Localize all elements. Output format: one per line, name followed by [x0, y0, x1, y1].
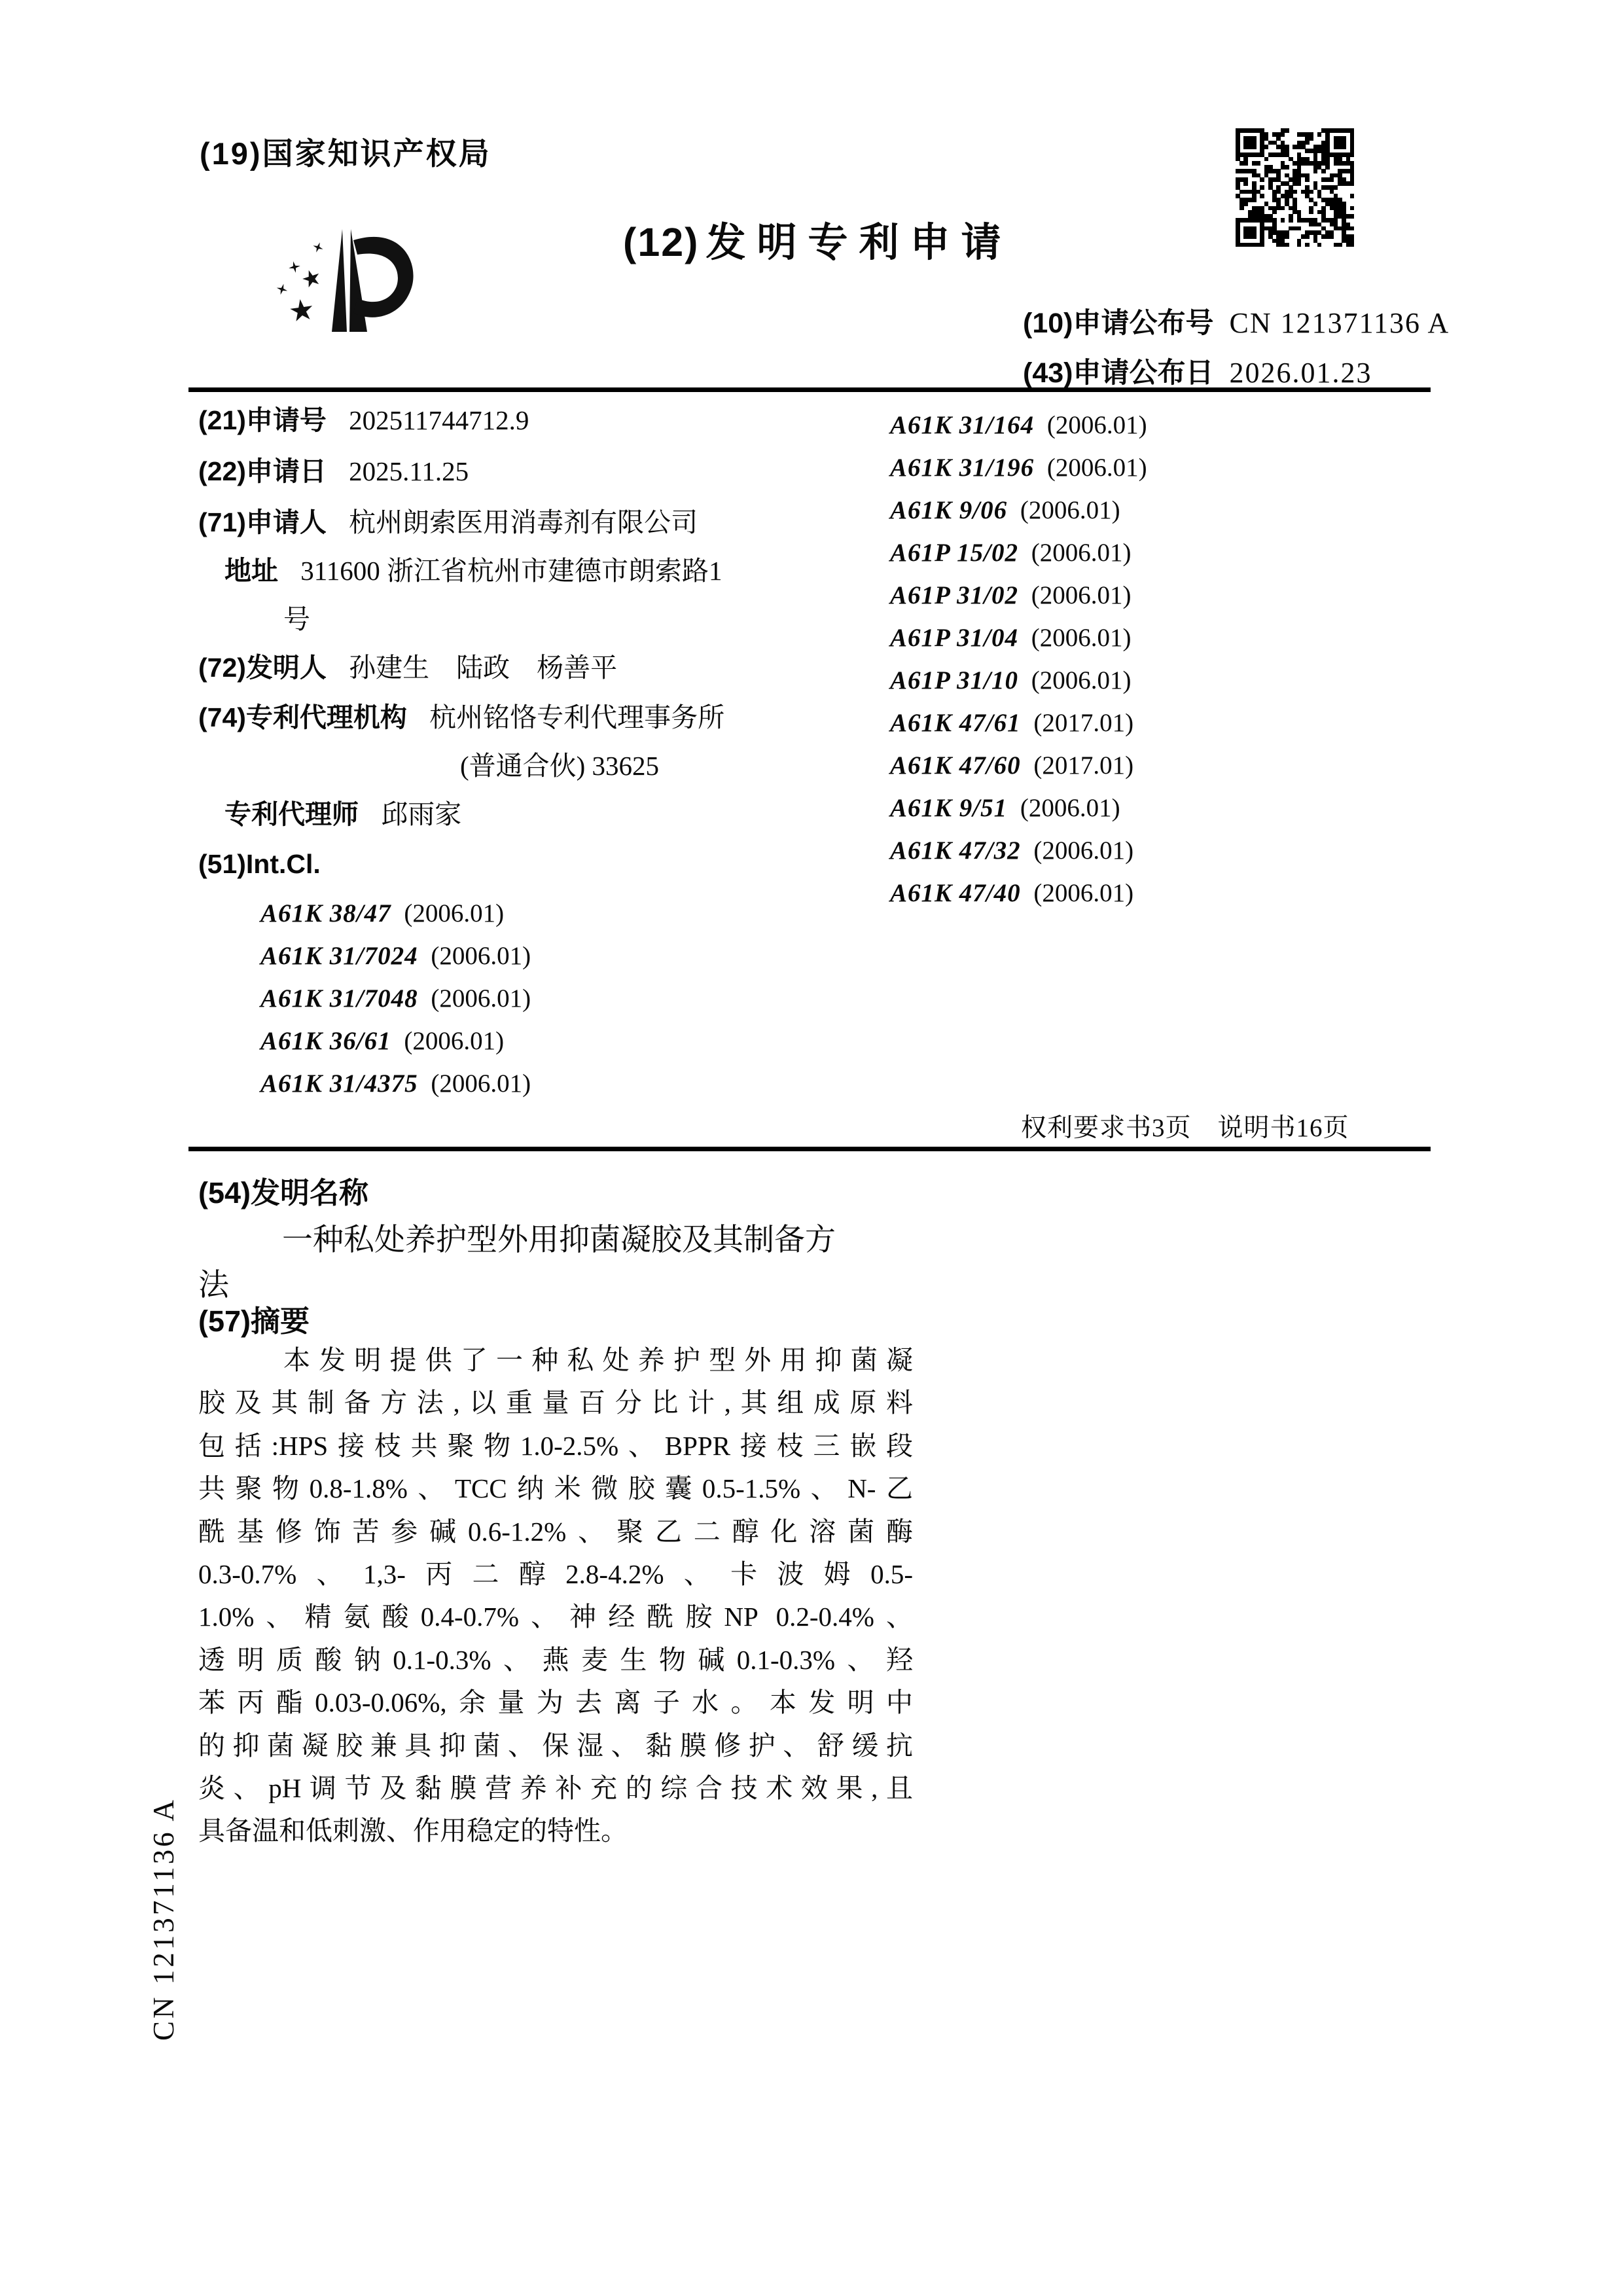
publication-date-value: 2026.01.23 [1229, 357, 1372, 389]
cnipa-logo [275, 224, 422, 340]
ipc-version: (2006.01) [1047, 454, 1147, 482]
agency-line2: (普通合伙) 33625 [460, 751, 659, 781]
agency-row: (74)专利代理机构 杭州铭恪专利代理事务所 [198, 699, 899, 736]
address-line1: 311600 浙江省杭州市建德市朗索路1 [300, 556, 722, 586]
ipc-entry: A61K 47/61 (2017.01) [890, 705, 1440, 747]
invention-title-section: (54)发明名称 一种私处养护型外用抑菌凝胶及其制备方 法 [198, 1169, 918, 1308]
ipc-version: (2006.01) [1031, 666, 1132, 694]
ipc-code: A61K 47/40 [890, 879, 1021, 907]
ipc-version: (2006.01) [1033, 879, 1133, 907]
ipc-code: A61K 31/7048 [260, 984, 418, 1013]
ipc-version: (2006.01) [431, 942, 531, 970]
abstract-line: 苯丙酯0.03-0.06%,余量为去离子水。本发明中 [198, 1681, 913, 1724]
agency-label: (74)专利代理机构 [198, 702, 407, 732]
ipc-entry: A61K 9/06 (2006.01) [890, 492, 1440, 535]
application-number-label: (21)申请号 [198, 405, 327, 435]
ipc-version: (2006.01) [1020, 794, 1120, 822]
ipc-entry: A61K 47/60 (2017.01) [890, 747, 1440, 790]
abstract-line: 具备温和低刺激、作用稳定的特性。 [198, 1810, 913, 1852]
ipc-code: A61K 36/61 [260, 1027, 391, 1055]
ipc-entry: A61K 47/40 (2006.01) [890, 875, 1440, 918]
ipc-version: (2006.01) [431, 984, 531, 1013]
abstract-line: 酰基修饰苦参碱0.6-1.2%、聚乙二醇化溶菌酶 [198, 1511, 913, 1553]
address-line2: 号 [283, 604, 310, 634]
abstract-line: 1.0%、精氨酸0.4-0.7%、神经酰胺NP 0.2-0.4%、 [198, 1596, 913, 1638]
document-type-text: 发明专利申请 [705, 220, 1012, 264]
ipc-entry: A61K 31/196 (2006.01) [890, 450, 1440, 492]
ipc-entry: A61P 15/02 (2006.01) [890, 535, 1440, 577]
ipc-code: A61K 9/51 [890, 794, 1007, 822]
abstract-line: 0.3-0.7%、1,3-丙二醇2.8-4.2%、卡波姆0.5- [198, 1553, 913, 1596]
intcl-row: (51)Int.Cl. [198, 846, 899, 882]
inventors-row: (72)发明人 孙建生 陆政 杨善平 [198, 649, 899, 686]
applicant-row: (71)申请人 杭州朗索医用消毒剂有限公司 [198, 504, 899, 541]
abstract-label: (57)摘要 [198, 1297, 310, 1340]
filing-date-value: 2025.11.25 [349, 456, 469, 486]
abstract-text: 本发明提供了一种私处养护型外用抑菌凝胶及其制备方法,以重量百分比计,其组成原料包… [198, 1339, 913, 1853]
ipc-list-right: A61K 31/164 (2006.01) A61K 31/196 (2006.… [890, 407, 1440, 918]
publication-number-row: (10)申请公布号 CN 121371136 A [1023, 301, 1450, 341]
ipc-code: A61K 47/60 [890, 751, 1021, 780]
ipc-entry: A61K 31/4375 (2006.01) [260, 1066, 899, 1108]
ipc-code: A61K 47/61 [890, 709, 1021, 737]
abstract-line: 胶及其制备方法,以重量百分比计,其组成原料 [198, 1382, 913, 1424]
ipc-version: (2006.01) [1020, 496, 1120, 524]
ipc-code: A61P 31/02 [890, 581, 1018, 609]
ipc-version: (2006.01) [1047, 411, 1147, 439]
abstract-line: 包括:HPS接枝共聚物1.0-2.5%、BPPR接枝三嵌段 [198, 1425, 913, 1467]
invention-title-label: (54)发明名称 [198, 1169, 918, 1211]
ipc-code: A61P 15/02 [890, 539, 1018, 567]
ipc-entry: A61K 31/164 (2006.01) [890, 407, 1440, 450]
ipc-entry: A61P 31/10 (2006.01) [890, 662, 1440, 705]
bibliographic-left-column: (21)申请号 202511744712.9 (22)申请日 2025.11.2… [198, 402, 899, 1108]
ipc-entry: A61K 36/61 (2006.01) [260, 1023, 899, 1066]
applicant-name: 杭州朗索医用消毒剂有限公司 [349, 507, 698, 537]
inventors-names: 孙建生 陆政 杨善平 [349, 653, 617, 683]
abstract-line: 的抑菌凝胶兼具抑菌、保湿、黏膜修护、舒缓抗 [198, 1725, 913, 1767]
ipc-version: (2006.01) [1033, 836, 1133, 865]
ipc-code: A61K 9/06 [890, 496, 1007, 524]
ipc-code: A61K 38/47 [260, 899, 391, 927]
ipc-version: (2006.01) [1031, 581, 1132, 609]
ipc-code: A61P 31/04 [890, 624, 1018, 652]
filing-date-row: (22)申请日 2025.11.25 [198, 453, 899, 490]
abstract-line: 透明质酸钠0.1-0.3%、燕麦生物碱0.1-0.3%、羟 [198, 1639, 913, 1681]
agency-continued: (普通合伙) 33625 [460, 747, 899, 784]
ipc-version: (2017.01) [1033, 751, 1133, 780]
header-divider-rule [188, 387, 1431, 392]
invention-title-line1: 一种私处养护型外用抑菌凝胶及其制备方 [282, 1218, 918, 1263]
ipc-entry: A61K 31/7048 (2006.01) [260, 980, 899, 1023]
abstract-line: 本发明提供了一种私处养护型外用抑菌凝 [198, 1339, 913, 1382]
ipc-version: (2006.01) [431, 1069, 531, 1098]
side-publication-code: CN 121371136 A [147, 1797, 181, 2041]
ipc-version: (2006.01) [1031, 539, 1132, 567]
application-number-row: (21)申请号 202511744712.9 [198, 402, 899, 439]
cnipa-logo-icon [275, 224, 422, 340]
intcl-label: (51)Int.Cl. [198, 849, 321, 879]
abstract-line: 炎、pH调节及黏膜营养补充的综合技术效果,且 [198, 1767, 913, 1810]
agency-name: 杭州铭恪专利代理事务所 [429, 702, 724, 732]
abstract-section-label-wrap: (57)摘要 [198, 1297, 310, 1340]
ipc-version: (2006.01) [404, 899, 504, 927]
applicant-address-continued: 号 [283, 601, 899, 637]
issuing-office: (19)国家知识产权局 [200, 130, 491, 173]
ipc-code: A61K 31/164 [890, 411, 1034, 439]
ipc-entry: A61K 31/7024 (2006.01) [260, 938, 899, 980]
abstract-line: 共聚物0.8-1.8%、TCC纳米微胶囊0.5-1.5%、N-乙 [198, 1467, 913, 1510]
application-number-value: 202511744712.9 [349, 405, 529, 435]
pages-count-info: 权利要求书3页 说明书16页 [1021, 1107, 1349, 1144]
publication-number-value: CN 121371136 A [1229, 307, 1450, 339]
agent-row: 专利代理师 邱雨家 [224, 796, 899, 833]
document-type-code: (12) [623, 220, 699, 264]
applicant-label: (71)申请人 [198, 507, 327, 537]
ipc-code: A61K 47/32 [890, 836, 1021, 865]
ipc-version: (2006.01) [404, 1027, 504, 1055]
inventors-label: (72)发明人 [198, 653, 327, 683]
publication-date-row: (43)申请公布日 2026.01.23 [1023, 351, 1372, 391]
ipc-code: A61K 31/4375 [260, 1069, 418, 1098]
agent-label: 专利代理师 [224, 799, 359, 829]
publication-date-label: (43)申请公布日 [1023, 357, 1213, 389]
ipc-entry: A61K 47/32 (2006.01) [890, 833, 1440, 875]
ipc-entry: A61K 38/47 (2006.01) [260, 895, 899, 938]
ipc-version: (2006.01) [1031, 624, 1132, 652]
ipc-list-left: A61K 38/47 (2006.01) A61K 31/7024 (2006.… [198, 895, 899, 1108]
filing-date-label: (22)申请日 [198, 456, 327, 486]
agent-name: 邱雨家 [381, 799, 461, 829]
ipc-entry: A61K 9/51 (2006.01) [890, 790, 1440, 833]
address-label: 地址 [224, 556, 278, 586]
applicant-address-row: 地址 311600 浙江省杭州市建德市朗索路1 [224, 552, 899, 589]
body-divider-rule [188, 1147, 1431, 1151]
ipc-version: (2017.01) [1033, 709, 1133, 737]
patent-front-page: (19)国家知识产权局 (12)发明专利申请 (10)申请公布号 CN 12 [0, 0, 1623, 2296]
publication-number-label: (10)申请公布号 [1023, 308, 1213, 339]
ipc-entry: A61P 31/04 (2006.01) [890, 620, 1440, 662]
ipc-entry: A61P 31/02 (2006.01) [890, 577, 1440, 620]
ipc-code: A61K 31/196 [890, 454, 1034, 482]
ipc-code: A61K 31/7024 [260, 942, 418, 970]
document-type-title: (12)发明专利申请 [623, 211, 1012, 268]
qr-code [1236, 128, 1354, 247]
ipc-code: A61P 31/10 [890, 666, 1018, 694]
